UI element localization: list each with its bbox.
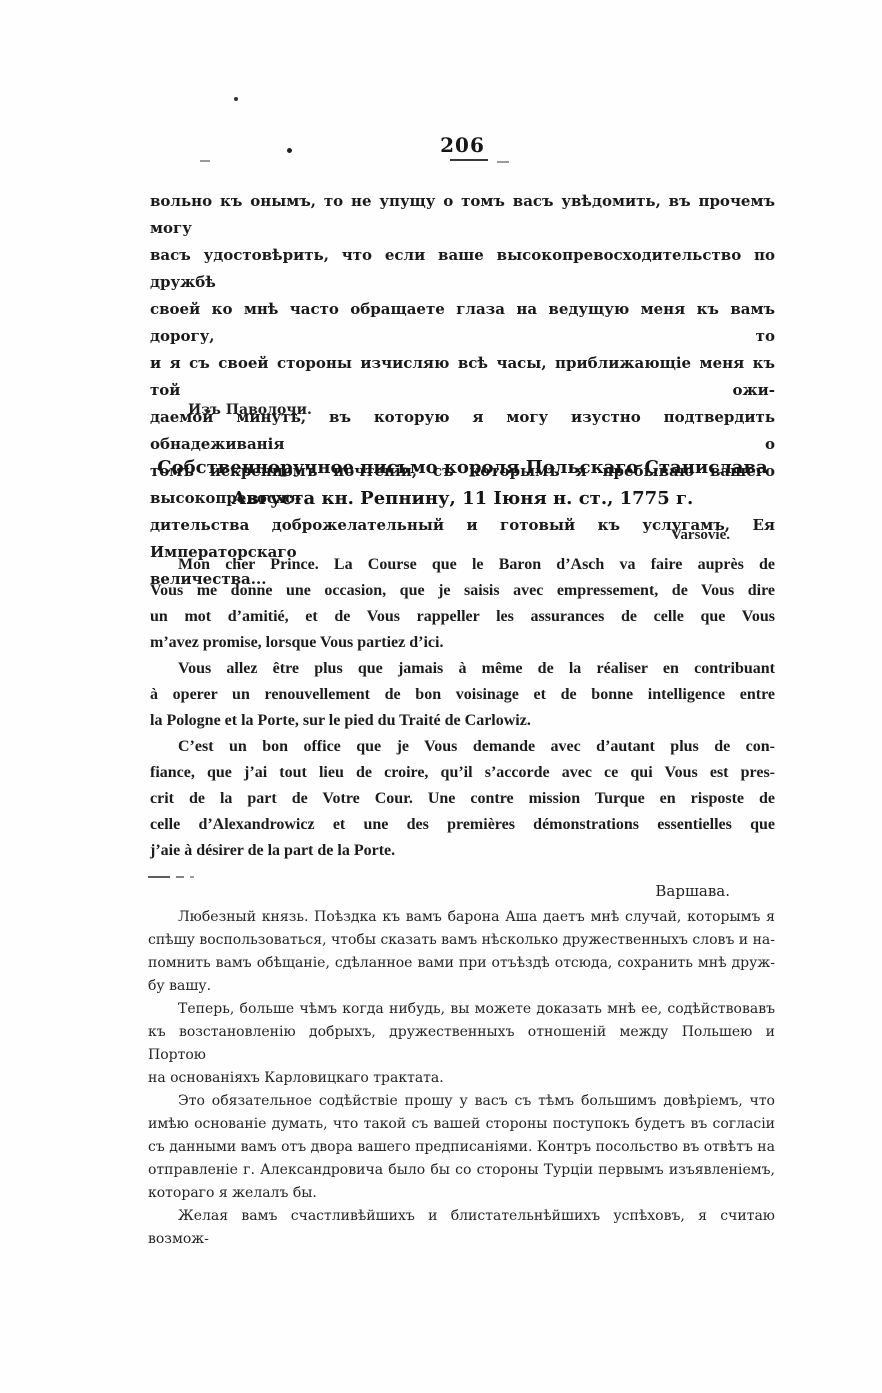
text-line: C’est un bon office que je Vous demande … [150, 734, 775, 760]
text-line: celle d’Alexandrowicz et une des premièr… [150, 812, 775, 838]
paragraph: C’est un bon office que je Vous demande … [150, 734, 775, 864]
scan-speck [200, 160, 210, 162]
letter-heading-line2: Августа кн. Репнину, 11 Іюня н. ст., 177… [150, 483, 775, 514]
text-line: Mon cher Prince. La Course que le Baron … [150, 552, 775, 578]
text-line: отправленіе г. Александровича было бы со… [148, 1159, 775, 1182]
divider-dash [176, 876, 184, 878]
text-line: васъ удостовѣрить, что если ваше высокоп… [150, 242, 775, 296]
letter-heading: Собственноручное письмо короля Польскаго… [150, 452, 775, 514]
scanned-book-page: 206 вольно къ онымъ, то не упущу о томъ … [0, 0, 882, 1393]
text-line: котораго я желалъ бы. [148, 1182, 775, 1205]
text-line: помнить вамъ обѣщаніе, сдѣланное вами пр… [148, 952, 775, 975]
text-line: бу вашу. [148, 975, 775, 998]
place-from-line: Изъ Паволочи. [188, 402, 312, 418]
text-line: crit de la part de Votre Cour. Une contr… [150, 786, 775, 812]
paragraph: Это обязательное содѣйствіе прошу у васъ… [148, 1090, 775, 1205]
divider-dash [190, 876, 194, 878]
text-line: Vous me donne une occasion, que je saisi… [150, 578, 775, 604]
text-line: своей ко мнѣ часто обращаете глаза на ве… [150, 296, 775, 350]
paragraph: Желая вамъ счастливѣйшихъ и блистательнѣ… [148, 1205, 775, 1251]
text-line: j’aie à désirer de la part de la Porte. [150, 838, 775, 864]
french-letter-body: Mon cher Prince. La Course que le Baron … [150, 552, 775, 864]
paragraph: Mon cher Prince. La Course que le Baron … [150, 552, 775, 656]
text-line: m’avez promise, lorsque Vous partiez d’i… [150, 630, 775, 656]
text-line: спѣшу воспользоваться, чтобы сказать вам… [148, 929, 775, 952]
page-number-underline [450, 159, 488, 161]
text-line: Vous allez être plus que jamais à même d… [150, 656, 775, 682]
text-line: fiance, que j’ai tout lieu de croire, qu… [150, 760, 775, 786]
divider-dash [148, 876, 170, 878]
text-line: на основаніяхъ Карловицкаго трактата. [148, 1067, 775, 1090]
text-line: Теперь, больше чѣмъ когда нибудь, вы мож… [148, 998, 775, 1021]
text-line: и я съ своей стороны изчисляю всѣ часы, … [150, 350, 775, 404]
text-line: un mot d’amitié, et de Vous rappeller le… [150, 604, 775, 630]
russian-dateline: Варшава. [150, 882, 730, 900]
text-line: Любезный князь. Поѣздка къ вамъ барона А… [148, 906, 775, 929]
french-dateline: Varsovie. [150, 527, 730, 544]
paragraph: Любезный князь. Поѣздка къ вамъ барона А… [148, 906, 775, 998]
paragraph: Теперь, больше чѣмъ когда нибудь, вы мож… [148, 998, 775, 1090]
page-number: 206 [150, 133, 775, 157]
letter-heading-line1: Собственноручное письмо короля Польскаго… [150, 452, 775, 483]
text-line: къ возстановленію добрыхъ, дружественных… [148, 1021, 775, 1067]
text-line: Это обязательное содѣйствіе прошу у васъ… [148, 1090, 775, 1113]
page-number-underline-fragment [497, 161, 509, 163]
text-line: à operer un renouvellement de bon voisin… [150, 682, 775, 708]
text-line: имѣю основаніе думать, что такой съ ваше… [148, 1113, 775, 1136]
text-line: Желая вамъ счастливѣйшихъ и блистательнѣ… [148, 1205, 775, 1251]
russian-letter-body: Любезный князь. Поѣздка къ вамъ барона А… [148, 906, 775, 1251]
section-divider-marks [148, 875, 194, 878]
paragraph: Vous allez être plus que jamais à même d… [150, 656, 775, 734]
scan-speck [287, 148, 292, 153]
text-line: вольно къ онымъ, то не упущу о томъ васъ… [150, 188, 775, 242]
text-line: la Pologne et la Porte, sur le pied du T… [150, 708, 775, 734]
text-line: съ данными вамъ отъ двора вашего предпис… [148, 1136, 775, 1159]
scan-speck [234, 97, 238, 101]
